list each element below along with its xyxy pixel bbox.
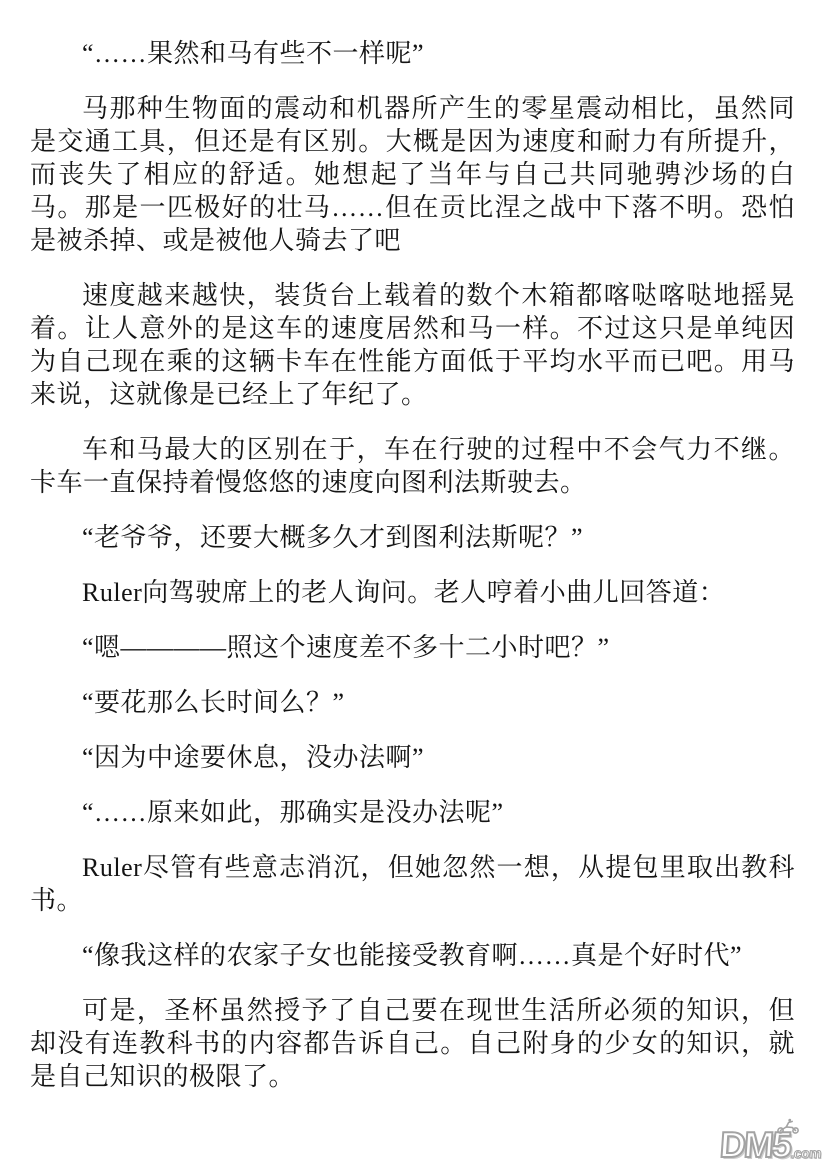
novel-page-text: “……果然和马有些不一样呢” 马那种生物面的震动和机器所产生的零星震动相比，虽然… (30, 37, 795, 1115)
novel-paragraph: 车和马最大的区别在于，车在行驶的过程中不会气力不继。卡车一直保持着慢悠悠的速度向… (30, 433, 795, 499)
dialogue-line: “要花那么长时间么？” (30, 686, 795, 719)
novel-paragraph: 速度越来越快，装货台上载着的数个木箱都喀哒喀哒地摇晃着。让人意外的是这车的速度居… (30, 279, 795, 411)
dialogue-line: “老爷爷，还要大概多久才到图利法斯呢？” (30, 521, 795, 554)
dialogue-line: “像我这样的农家子女也能接受教育啊……真是个好时代” (30, 939, 795, 972)
watermark-suffix-text: .com (790, 1146, 822, 1160)
motorbike-rider-icon (775, 1118, 802, 1134)
novel-paragraph: Ruler向驾驶席上的老人询问。老人哼着小曲儿回答道： (30, 576, 795, 609)
dialogue-line: “嗯————照这个速度差不多十二小时吧？” (30, 631, 795, 664)
novel-paragraph: 马那种生物面的震动和机器所产生的零星震动相比，虽然同是交通工具，但还是有区别。大… (30, 92, 795, 257)
dialogue-line: “……原来如此，那确实是没办法呢” (30, 796, 795, 829)
novel-paragraph: Ruler尽管有些意志消沉，但她忽然一想，从提包里取出教科书。 (30, 851, 795, 917)
dialogue-line: “因为中途要休息，没办法啊” (30, 741, 795, 774)
watermark-brand-text: DM5 (719, 1130, 791, 1161)
dialogue-line: “……果然和马有些不一样呢” (30, 37, 795, 70)
dm5-watermark: DM5 .com (719, 1130, 823, 1161)
novel-paragraph: 可是，圣杯虽然授予了自己要在现世生活所必须的知识，但却没有连教科书的内容都告诉自… (30, 994, 795, 1093)
